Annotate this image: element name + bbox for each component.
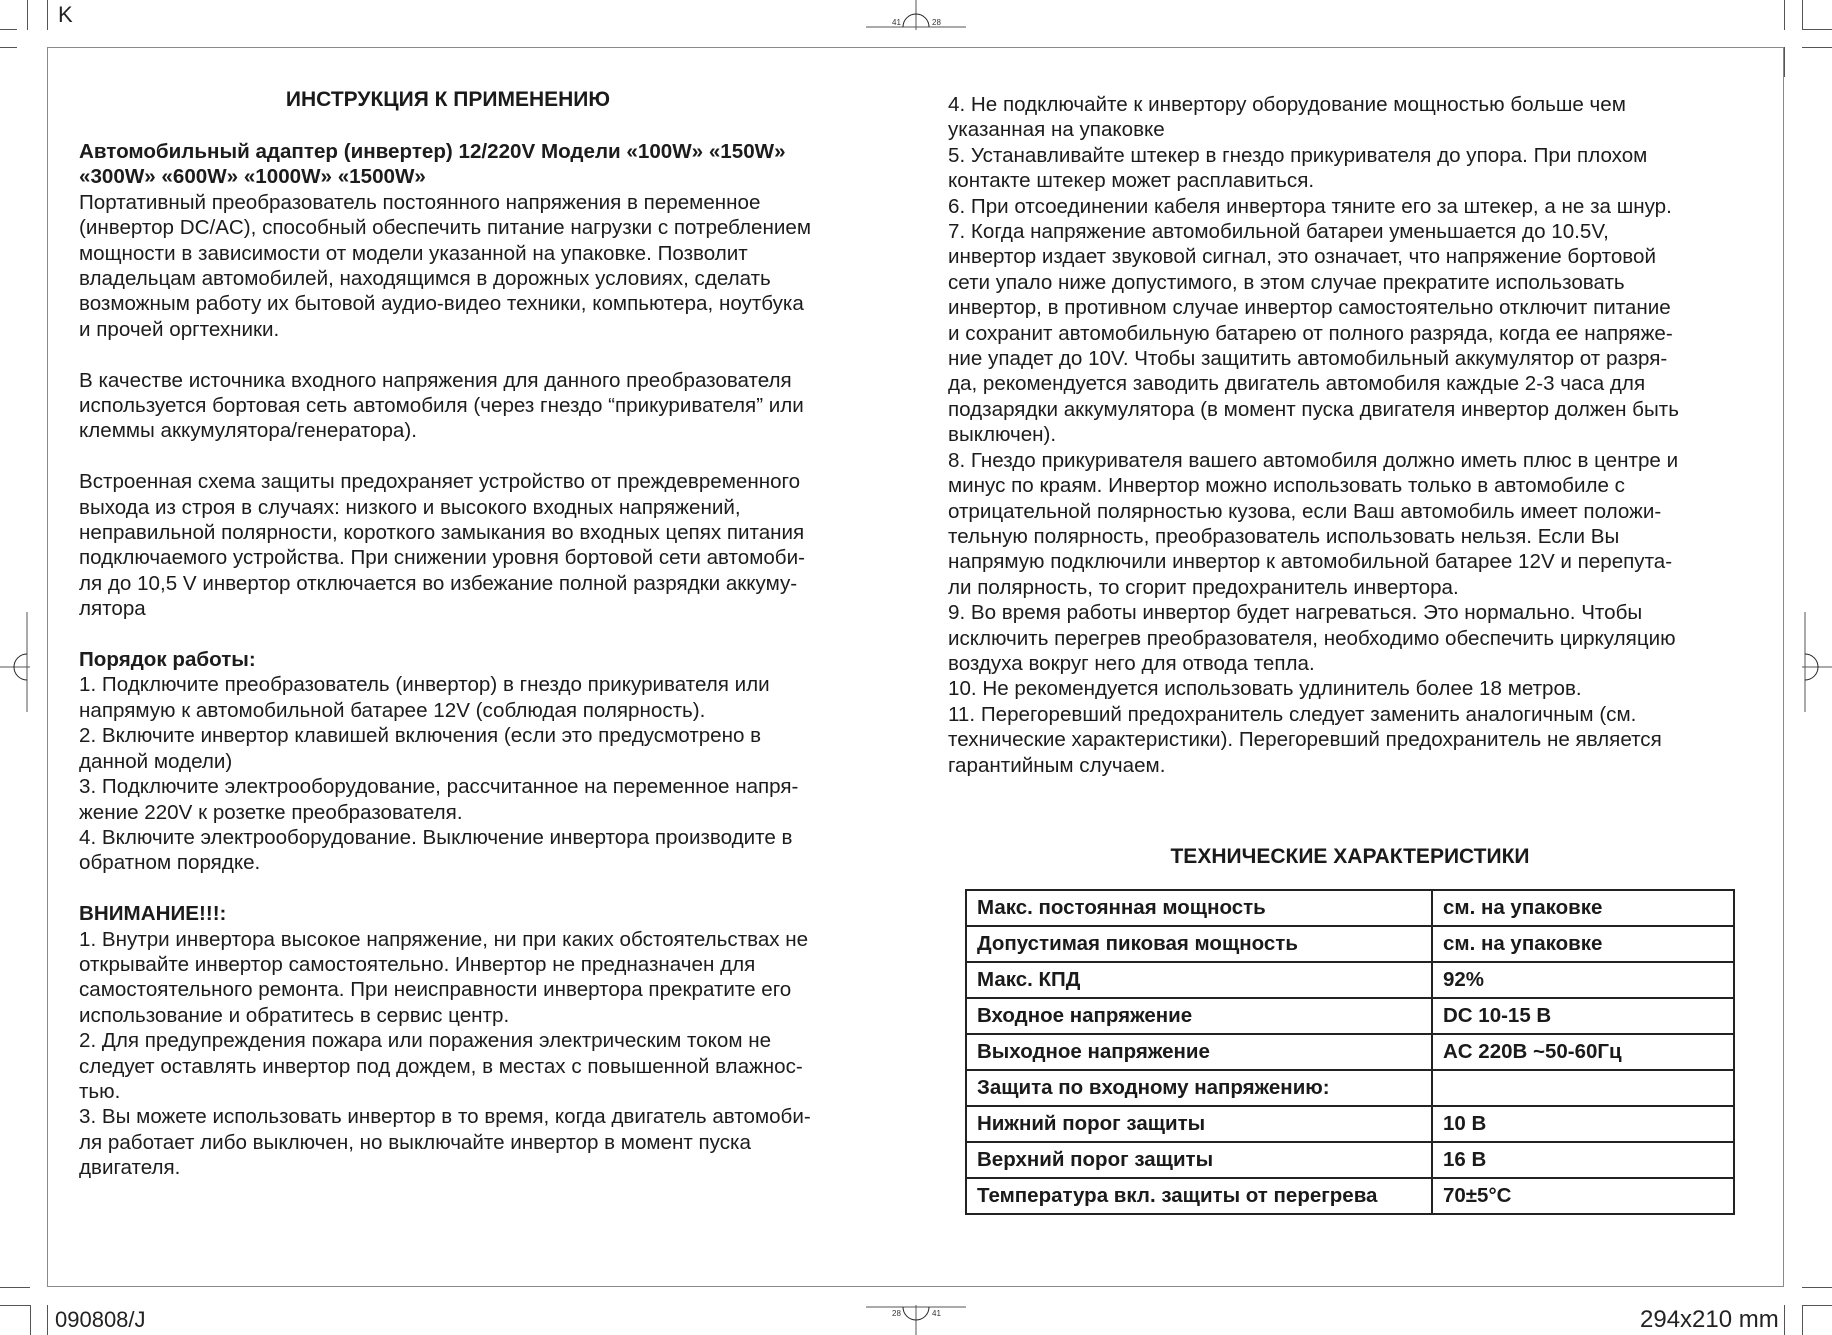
list-line: следует оставлять инвертор под дождем, в… xyxy=(79,1054,909,1079)
crop-mark xyxy=(0,1287,30,1288)
list-line: 7. Когда напряжение автомобильной батаре… xyxy=(948,219,1778,244)
list-line: 1. Внутри инвертора высокое напряжение, … xyxy=(79,927,909,952)
spec-value: 10 B xyxy=(1432,1106,1734,1142)
list-line: и сохранит автомобильную батарею от полн… xyxy=(948,321,1778,346)
subtitle-line: «300W» «600W» «1000W» «1500W» xyxy=(79,164,909,189)
list-line: 8. Гнездо прикуривателя вашего автомобил… xyxy=(948,448,1778,473)
svg-text:41: 41 xyxy=(892,18,901,27)
warning-list-continued: 4. Не подключайте к инвертору оборудован… xyxy=(948,92,1778,778)
registration-mark-top: 41 28 xyxy=(866,0,976,30)
list-line: 11. Перегоревший предохранитель следует … xyxy=(948,702,1778,727)
spec-row: Макс. КПД92% xyxy=(966,962,1734,998)
crop-mark xyxy=(47,0,48,30)
spec-value: 70±5°C xyxy=(1432,1178,1734,1214)
list-line: инвертор издает звуковой сигнал, это озн… xyxy=(948,244,1778,269)
list-line: 1. Подключите преобразователь (инвертор)… xyxy=(79,672,909,697)
spec-row: Выходное напряжениеAC 220B ~50-60Гц xyxy=(966,1034,1734,1070)
list-line: исключить перегрев преобразователя, необ… xyxy=(948,626,1778,651)
spec-row: Макс. постоянная мощностьсм. на упаковке xyxy=(966,890,1734,926)
list-line: двигателя. xyxy=(79,1155,909,1180)
list-line: самостоятельного ремонта. При неисправно… xyxy=(79,977,909,1002)
spec-label: Верхний порог защиты xyxy=(966,1142,1432,1178)
warning-list: 1. Внутри инвертора высокое напряжение, … xyxy=(79,927,909,1181)
protection-paragraph: Встроенная схема защиты предохраняет уст… xyxy=(79,469,909,621)
subtitle-line: Автомобильный адаптер (инвертер) 12/220V… xyxy=(79,139,909,164)
list-line: гарантийным случаем. xyxy=(948,753,1778,778)
list-line: указанная на упаковке xyxy=(948,117,1778,142)
list-line: ля работает либо выключен, но выключайте… xyxy=(79,1130,909,1155)
text-line: Встроенная схема защиты предохраняет уст… xyxy=(79,469,909,494)
spec-row: Нижний порог защиты10 B xyxy=(966,1106,1734,1142)
list-line: обратном порядке. xyxy=(79,850,909,875)
crop-mark xyxy=(1802,47,1832,48)
list-line: технические характеристики). Перегоревши… xyxy=(948,727,1778,752)
text-line: Портативный преобразователь постоянного … xyxy=(79,190,909,215)
list-line: 3. Вы можете использовать инвертор в то … xyxy=(79,1104,909,1129)
list-line: ние упадет до 10V. Чтобы защитить автомо… xyxy=(948,346,1778,371)
crop-mark xyxy=(0,47,17,48)
spec-value: DC 10-15 B xyxy=(1432,998,1734,1034)
list-line: 2. Для предупреждения пожара или поражен… xyxy=(79,1028,909,1053)
spec-label: Макс. постоянная мощность xyxy=(966,890,1432,926)
list-line: 10. Не рекомендуется использовать удлини… xyxy=(948,676,1778,701)
text-line: лятора xyxy=(79,596,909,621)
list-line: 9. Во время работы инвертор будет нагрев… xyxy=(948,600,1778,625)
spec-value: 16 B xyxy=(1432,1142,1734,1178)
spec-label: Допустимая пиковая мощность xyxy=(966,926,1432,962)
crop-mark xyxy=(1802,0,1803,30)
list-line: данной модели) xyxy=(79,749,909,774)
spec-value: см. на упаковке xyxy=(1432,926,1734,962)
list-line: 4. Не подключайте к инвертору оборудован… xyxy=(948,92,1778,117)
procedure-list: 1. Подключите преобразователь (инвертор)… xyxy=(79,672,909,875)
list-line: ли полярность, то сгорит предохранитель … xyxy=(948,575,1778,600)
svg-text:28: 28 xyxy=(932,18,941,27)
procedure-heading: Порядок работы: xyxy=(79,647,909,672)
crop-mark xyxy=(1784,1305,1785,1335)
list-line: сети упало ниже допустимого, в этом случ… xyxy=(948,270,1778,295)
text-line: подключаемого устройства. При снижении у… xyxy=(79,545,909,570)
list-line: тью. xyxy=(79,1079,909,1104)
page-size: 294x210 mm xyxy=(1640,1306,1779,1334)
spec-value: AC 220B ~50-60Гц xyxy=(1432,1034,1734,1070)
spec-value: 92% xyxy=(1432,962,1734,998)
crop-mark xyxy=(1784,0,1785,30)
text-line: мощности в зависимости от модели указанн… xyxy=(79,241,909,266)
list-line: тельную полярность, преобразователь испо… xyxy=(948,524,1778,549)
crop-mark xyxy=(0,29,17,30)
spec-value: см. на упаковке xyxy=(1432,890,1734,926)
crop-mark xyxy=(0,1305,30,1306)
print-code: 090808/J xyxy=(55,1307,146,1333)
list-line: отрицательной полярностью кузова, если В… xyxy=(948,499,1778,524)
list-line: 2. Включите инвертор клавишей включения … xyxy=(79,723,909,748)
right-column: 4. Не подключайте к инвертору оборудован… xyxy=(948,92,1778,778)
text-line: используется бортовая сеть автомобиля (ч… xyxy=(79,393,909,418)
list-line: напрямую к автомобильной батарее 12V (со… xyxy=(79,698,909,723)
spec-label: Защита по входному напряжению: xyxy=(966,1070,1432,1106)
corner-label: K xyxy=(58,2,73,28)
crop-mark xyxy=(27,0,28,30)
list-line: инвертор, в противном случае инвертор са… xyxy=(948,295,1778,320)
list-line: открывайте инвертор самостоятельно. Инве… xyxy=(79,952,909,977)
spec-label: Макс. КПД xyxy=(966,962,1432,998)
crop-mark xyxy=(1802,29,1832,30)
spec-row: Температура вкл. защиты от перегрева70±5… xyxy=(966,1178,1734,1214)
list-line: напрямую подключили инвертор к автомобил… xyxy=(948,549,1778,574)
crop-mark xyxy=(47,1305,48,1335)
intro-paragraph: Портативный преобразователь постоянного … xyxy=(79,190,909,342)
crop-mark xyxy=(1802,1305,1832,1306)
list-line: воздуха вокруг него для отвода тепла. xyxy=(948,651,1778,676)
specs-table: Макс. постоянная мощностьсм. на упаковке… xyxy=(965,889,1735,1215)
text-line: неправильной полярности, короткого замык… xyxy=(79,520,909,545)
text-line: (инвертор DC/AC), способный обеспечить п… xyxy=(79,215,909,240)
left-column: Автомобильный адаптер (инвертер) 12/220V… xyxy=(79,139,909,1181)
text-line: владельцам автомобилей, находящимся в до… xyxy=(79,266,909,291)
list-line: подзарядки аккумулятора (в момент пуска … xyxy=(948,397,1778,422)
list-line: использование и обратитесь в сервис цент… xyxy=(79,1003,909,1028)
crop-mark xyxy=(1784,47,1785,77)
text-line: В качестве источника входного напряжения… xyxy=(79,368,909,393)
spec-label: Выходное напряжение xyxy=(966,1034,1432,1070)
spec-value xyxy=(1432,1070,1734,1106)
list-line: минус по краям. Инвертор можно использов… xyxy=(948,473,1778,498)
crop-mark xyxy=(1802,1305,1803,1335)
list-line: 3. Подключите электрооборудование, рассч… xyxy=(79,774,909,799)
text-line: выхода из строя в случаях: низкого и выс… xyxy=(79,495,909,520)
crop-mark xyxy=(30,1305,31,1335)
spec-label: Нижний порог защиты xyxy=(966,1106,1432,1142)
svg-text:28: 28 xyxy=(892,1309,901,1318)
list-line: выключен). xyxy=(948,422,1778,447)
specs-title: ТЕХНИЧЕСКИЕ ХАРАКТЕРИСТИКИ xyxy=(965,845,1735,869)
text-line: возможным работу их бытовой аудио-видео … xyxy=(79,291,909,316)
spec-label: Входное напряжение xyxy=(966,998,1432,1034)
crop-mark xyxy=(1802,1287,1832,1288)
text-line: ля до 10,5 V инвертор отключается во изб… xyxy=(79,571,909,596)
spec-row: Входное напряжениеDC 10-15 B xyxy=(966,998,1734,1034)
registration-mark-right xyxy=(1802,612,1832,722)
list-line: жение 220V к розетке преобразователя. xyxy=(79,800,909,825)
list-line: 4. Включите электрооборудование. Выключе… xyxy=(79,825,909,850)
spec-row: Верхний порог защиты16 B xyxy=(966,1142,1734,1178)
text-line: и прочей оргтехники. xyxy=(79,317,909,342)
spec-row: Допустимая пиковая мощностьсм. на упаков… xyxy=(966,926,1734,962)
registration-mark-left xyxy=(0,612,30,722)
list-line: 5. Устанавливайте штекер в гнездо прикур… xyxy=(948,143,1778,168)
svg-text:41: 41 xyxy=(932,1309,941,1318)
text-line: клеммы аккумулятора/генератора). xyxy=(79,418,909,443)
warning-heading: ВНИМАНИЕ!!!: xyxy=(79,901,909,926)
list-line: контакте штекер может расплавиться. xyxy=(948,168,1778,193)
list-line: 6. При отсоединении кабеля инвертора тян… xyxy=(948,194,1778,219)
registration-mark-bottom: 28 41 xyxy=(866,1305,976,1335)
spec-label: Температура вкл. защиты от перегрева xyxy=(966,1178,1432,1214)
source-paragraph: В качестве источника входного напряжения… xyxy=(79,368,909,444)
list-line: да, рекомендуется заводить двигатель авт… xyxy=(948,371,1778,396)
page-title: ИНСТРУКЦИЯ К ПРИМЕНЕНИЮ xyxy=(78,88,818,112)
spec-row: Защита по входному напряжению: xyxy=(966,1070,1734,1106)
product-subtitle: Автомобильный адаптер (инвертер) 12/220V… xyxy=(79,139,909,190)
